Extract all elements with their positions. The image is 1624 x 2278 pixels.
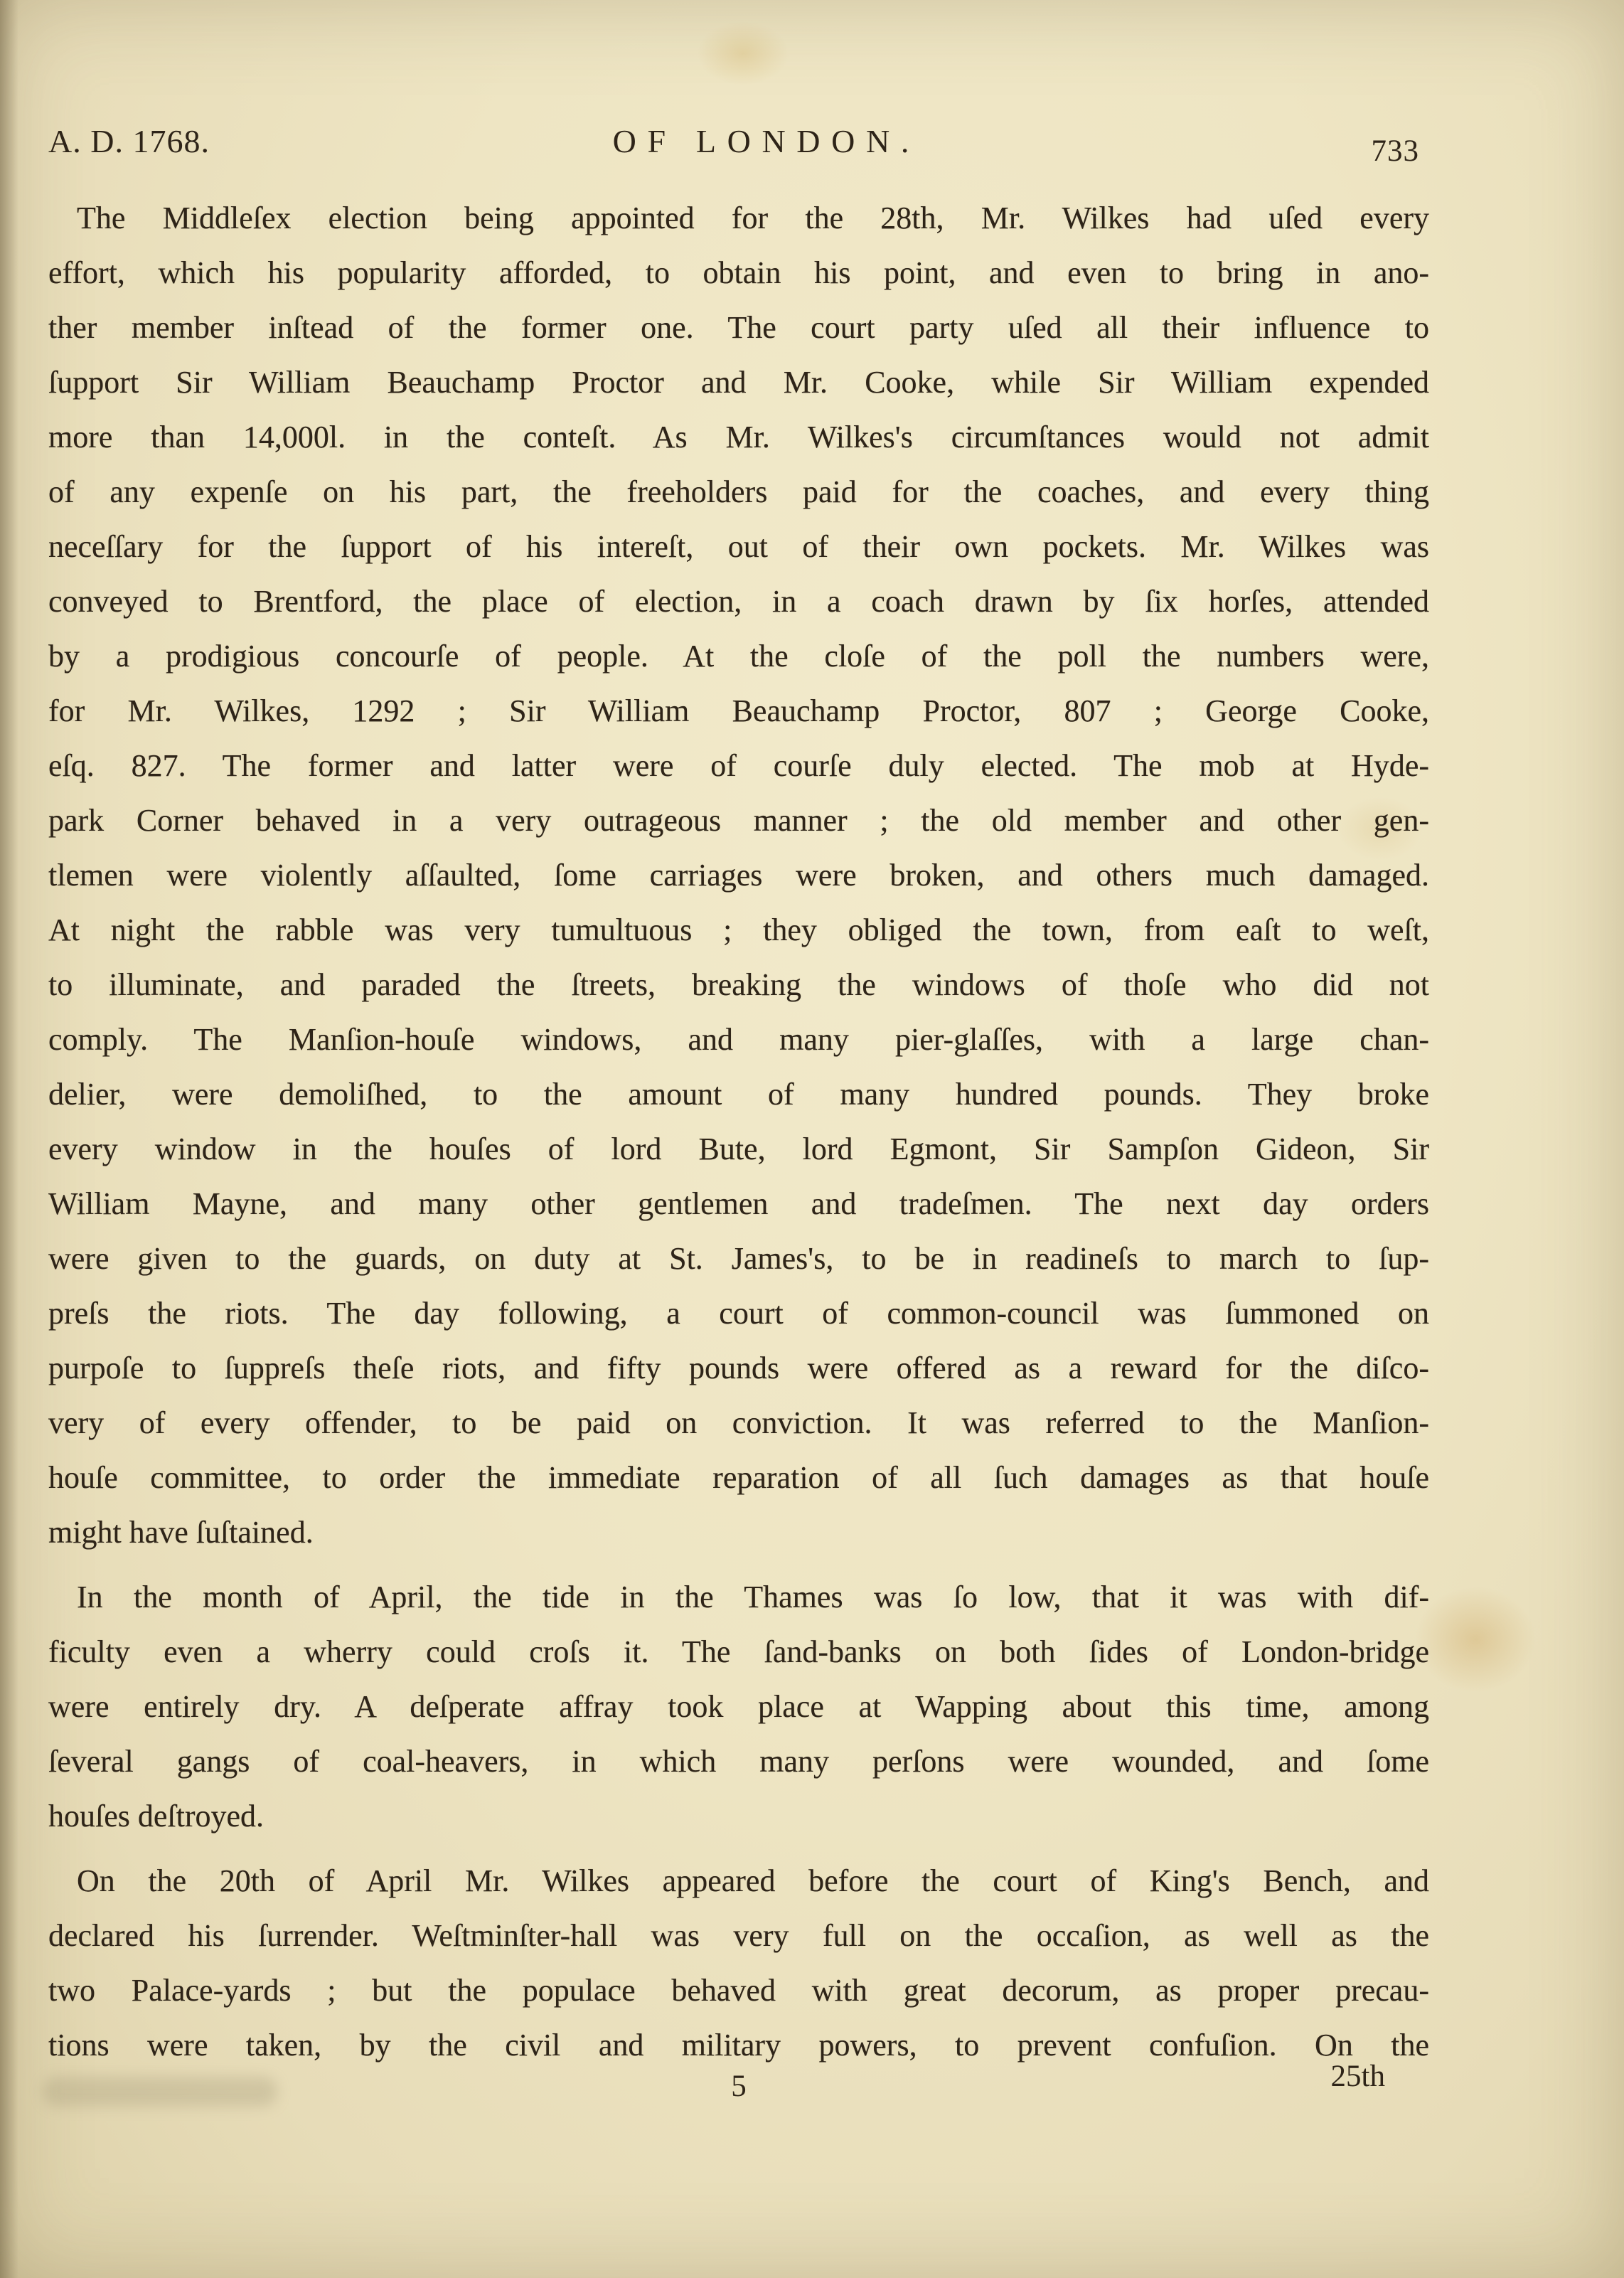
text-line: of any expenſe on his part, the freehold… xyxy=(48,464,1429,519)
header-year-label: A. D. 1768. xyxy=(48,122,210,160)
page-number: 733 xyxy=(1372,134,1420,169)
text-line: ther member inſtead of the former one. T… xyxy=(48,300,1429,355)
text-line: purpoſe to ſuppreſs theſe riots, and fif… xyxy=(48,1341,1429,1395)
page-header: A. D. 1768. OF LONDON. 733 xyxy=(48,122,1429,172)
text-line: two Palace-yards ; but the populace beha… xyxy=(48,1963,1429,2018)
text-line: were given to the guards, on duty at St.… xyxy=(48,1231,1429,1286)
text-line: tlemen were violently aſſaulted, ſome ca… xyxy=(48,848,1429,903)
text-line: delier, were demoliſhed, to the amount o… xyxy=(48,1067,1429,1122)
text-line: comply. The Manſion-houſe windows, and m… xyxy=(48,1012,1429,1067)
text-line: preſs the riots. The day following, a co… xyxy=(48,1286,1429,1341)
text-line: effort, which his popularity afforded, t… xyxy=(48,245,1429,300)
text-line: ſeveral gangs of coal-heavers, in which … xyxy=(48,1734,1429,1789)
text-line: might have ſuſtained. xyxy=(48,1505,1429,1560)
text-line: more than 14,000l. in the conteſt. As Mr… xyxy=(48,410,1429,464)
text-line: declared his ſurrender. Weſtminſter-hall… xyxy=(48,1908,1429,1963)
text-line: neceſſary for the ſupport of his intereſ… xyxy=(48,519,1429,574)
paper-stain xyxy=(697,21,789,85)
paragraph: The Middleſex election being appointed f… xyxy=(48,191,1429,1560)
paragraph: In the month of April, the tide in the T… xyxy=(48,1570,1429,1843)
text-line: conveyed to Brentford, the place of elec… xyxy=(48,574,1429,629)
text-line: At night the rabble was very tumultuous … xyxy=(48,903,1429,957)
book-page: A. D. 1768. OF LONDON. 733 The Middleſex… xyxy=(0,0,1624,2278)
text-line: eſq. 827. The former and latter were of … xyxy=(48,738,1429,793)
text-line: ficulty even a wherry could croſs it. Th… xyxy=(48,1624,1429,1679)
text-line: houſe committee, to order the immediate … xyxy=(48,1450,1429,1505)
running-title: OF LONDON. xyxy=(613,122,920,160)
text-line: by a prodigious concourſe of people. At … xyxy=(48,629,1429,683)
text-line: On the 20th of April Mr. Wilkes appeared… xyxy=(48,1853,1429,1908)
text-line: park Corner behaved in a very outrageous… xyxy=(48,793,1429,848)
page-footer: 5 25th xyxy=(48,2059,1429,2109)
text-line: to illuminate, and paraded the ſtreets, … xyxy=(48,957,1429,1012)
page-body: The Middleſex election being appointed f… xyxy=(48,191,1429,2082)
text-line: for Mr. Wilkes, 1292 ; Sir William Beauc… xyxy=(48,683,1429,738)
text-line: William Mayne, and many other gentlemen … xyxy=(48,1176,1429,1231)
text-line: very of every offender, to be paid on co… xyxy=(48,1395,1429,1450)
text-line: The Middleſex election being appointed f… xyxy=(48,191,1429,245)
paper-stain xyxy=(1415,1586,1536,1693)
paragraph: On the 20th of April Mr. Wilkes appeared… xyxy=(48,1853,1429,2072)
text-line: were entirely dry. A deſperate affray to… xyxy=(48,1679,1429,1734)
signature-mark: 5 xyxy=(731,2069,747,2104)
text-line: ſupport Sir William Beauchamp Proctor an… xyxy=(48,355,1429,410)
text-line: In the month of April, the tide in the T… xyxy=(48,1570,1429,1624)
text-line: every window in the houſes of lord Bute,… xyxy=(48,1122,1429,1176)
catchword: 25th xyxy=(1331,2059,1385,2094)
binding-edge-shadow xyxy=(0,0,18,2278)
text-line: houſes deſtroyed. xyxy=(48,1789,1429,1843)
